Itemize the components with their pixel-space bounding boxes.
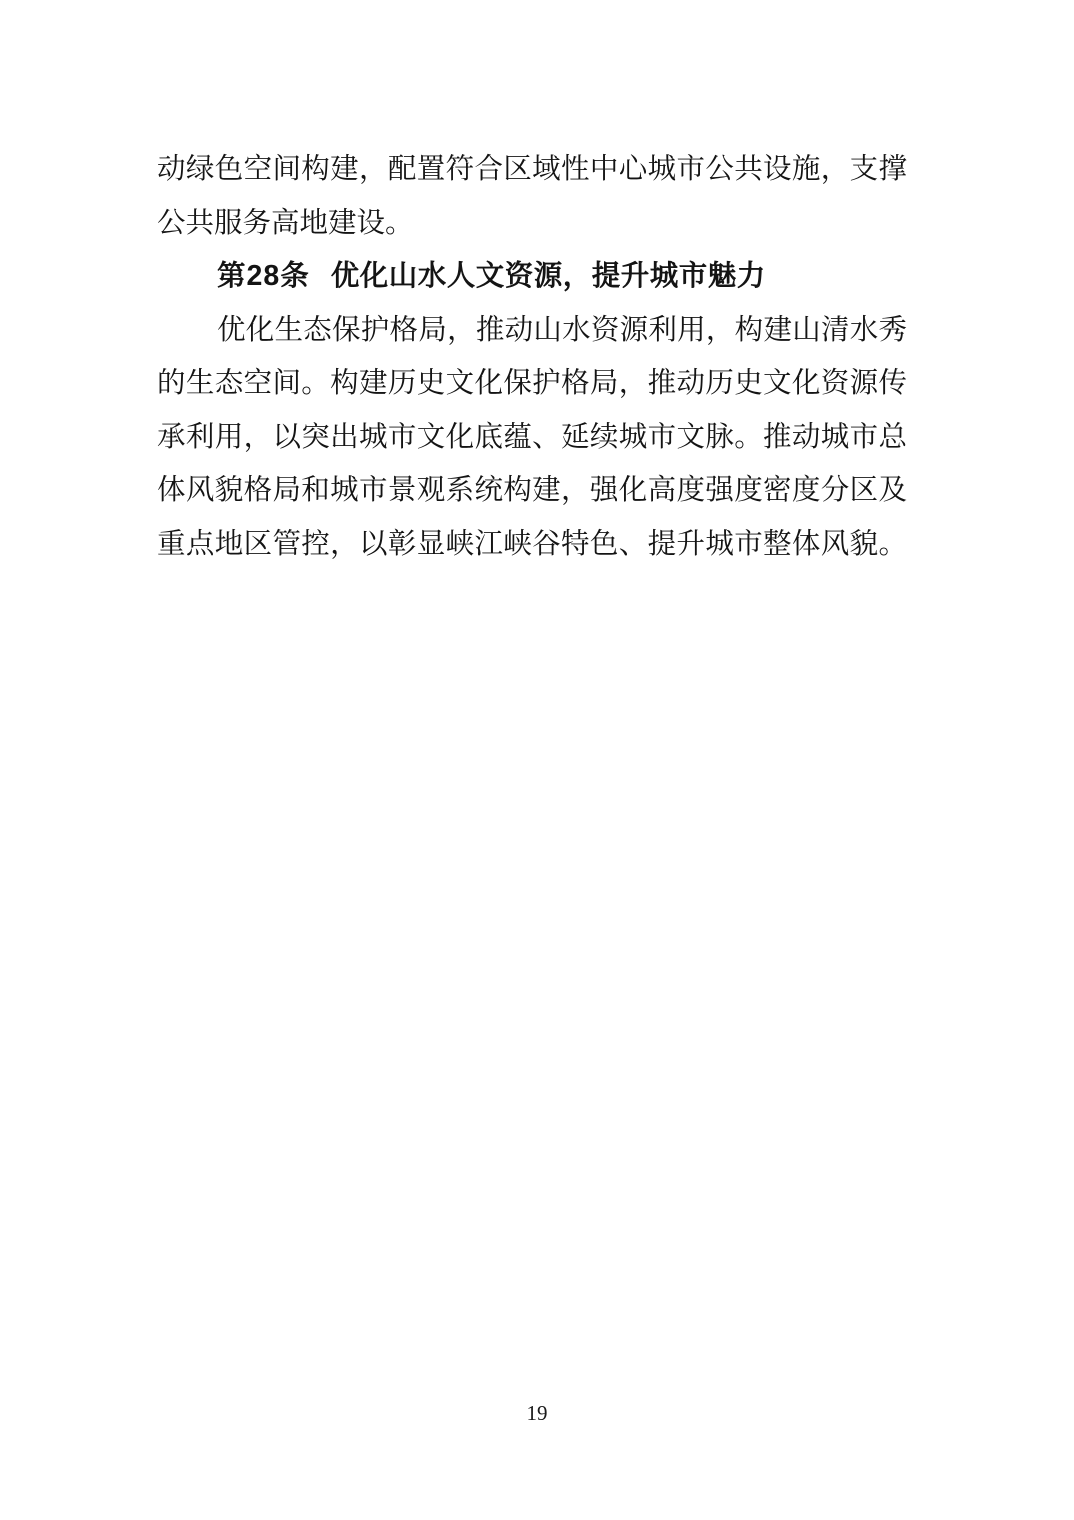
document-page: 动绿色空间构建，配置符合区域性中心城市公共设施，支撑 公共服务高地建设。 第28… <box>0 0 1074 1520</box>
text-block: 动绿色空间构建，配置符合区域性中心城市公共设施，支撑 公共服务高地建设。 第28… <box>157 143 907 571</box>
body-paragraph-line-3: 承利用，以突出城市文化底蕴、延续城市文脉。推动城市总 <box>157 411 907 465</box>
continuation-paragraph-line-2: 公共服务高地建设。 <box>157 197 907 251</box>
body-paragraph-line-2: 的生态空间。构建历史文化保护格局，推动历史文化资源传 <box>157 357 907 411</box>
page-number: 19 <box>527 1401 548 1425</box>
page-footer: 19 <box>0 1400 1074 1426</box>
article-number: 第28条 <box>217 260 310 292</box>
body-paragraph-line-5: 重点地区管控，以彰显峡江峡谷特色、提升城市整体风貌。 <box>157 518 907 572</box>
article-heading: 第28条优化山水人文资源，提升城市魅力 <box>157 250 907 304</box>
body-paragraph-line-4: 体风貌格局和城市景观系统构建，强化高度强度密度分区及 <box>157 464 907 518</box>
body-paragraph-line-1: 优化生态保护格局，推动山水资源利用，构建山清水秀 <box>157 304 907 358</box>
continuation-paragraph-line-1: 动绿色空间构建，配置符合区域性中心城市公共设施，支撑 <box>157 143 907 197</box>
article-title: 优化山水人文资源，提升城市魅力 <box>331 261 766 292</box>
